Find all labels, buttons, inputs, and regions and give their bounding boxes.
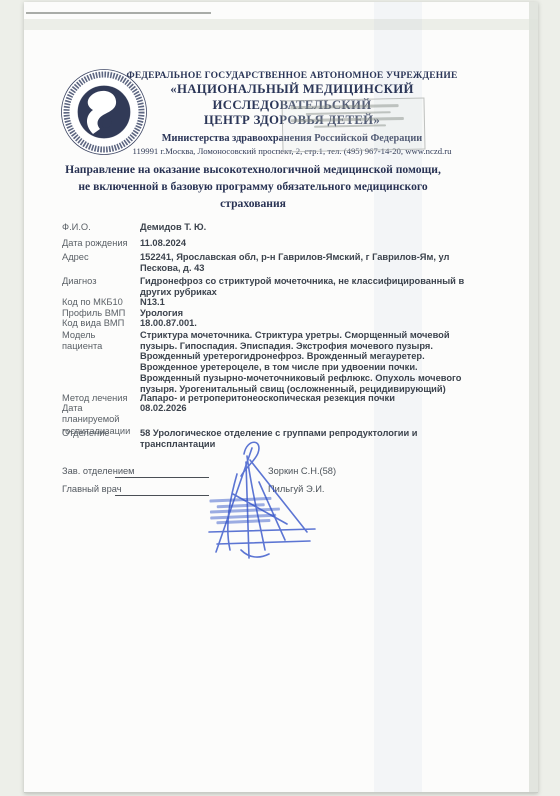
signature-role-chief-physician: Главный врач	[62, 484, 122, 494]
stamp-text-line	[291, 104, 399, 109]
field-label: Код по МКБ10	[62, 297, 140, 308]
field-label: Ф.И.О.	[62, 222, 140, 233]
field-row-birthdate: Дата рождения 11.08.2024	[62, 238, 517, 249]
field-label: Отделение	[62, 428, 140, 439]
field-row-diagnosis: Диагноз Гидронефроз со стриктурой мочето…	[62, 276, 517, 299]
field-label: Код вида ВМП	[62, 318, 140, 329]
field-value: N13.1	[140, 297, 472, 308]
field-row-vmp-code: Код вида ВМП 18.00.87.001.	[62, 318, 517, 329]
field-row-address: Адрес 152241, Ярославская обл, р-н Гаври…	[62, 252, 517, 275]
field-label: Модель пациента	[62, 330, 140, 353]
field-row-fio: Ф.И.О. Демидов Т. Ю.	[62, 222, 517, 233]
scan-edge-shading	[24, 19, 538, 30]
field-value: 18.00.87.001.	[140, 318, 472, 329]
registry-stamp	[281, 98, 425, 153]
org-type-line: ФЕДЕРАЛЬНОЕ ГОСУДАРСТВЕННОЕ АВТОНОМНОЕ У…	[102, 71, 482, 82]
field-value: Стриктура мочеточника. Стриктура уретры.…	[140, 330, 472, 394]
field-value: Демидов Т. Ю.	[140, 222, 472, 233]
field-value: 08.02.2026	[140, 403, 472, 414]
field-row-icd10: Код по МКБ10 N13.1	[62, 297, 517, 308]
document-title: Направление на оказание высокотехнологич…	[33, 161, 473, 212]
stamp-text-line	[306, 111, 391, 115]
field-row-patient-model: Модель пациента Стриктура мочеточника. С…	[62, 330, 517, 394]
field-label: Дата рождения	[62, 238, 140, 249]
document-title-line: Направление на оказание высокотехнологич…	[33, 161, 473, 178]
field-label: Адрес	[62, 252, 140, 263]
handwritten-signature	[189, 432, 324, 564]
document-title-line: страхования	[33, 195, 473, 212]
stamp-text-line	[291, 117, 404, 122]
screenshot-root: { "org": { "line1": "ФЕДЕРАЛЬНОЕ ГОСУДАР…	[0, 0, 560, 796]
field-label: Диагноз	[62, 276, 140, 287]
scan-edge-line	[26, 12, 211, 14]
stamp-text-line	[313, 124, 386, 128]
document-title-line: не включенной в базовую программу обязат…	[33, 178, 473, 195]
field-value: 152241, Ярославская обл, р-н Гаврилов-Ям…	[140, 252, 472, 275]
field-value: Гидронефроз со стриктурой мочеточника, н…	[140, 276, 472, 299]
scanned-document-page: ФЕДЕРАЛЬНОЕ ГОСУДАРСТВЕННОЕ АВТОНОМНОЕ У…	[24, 2, 538, 793]
signature-role-head-of-department: Зав. отделением	[62, 466, 135, 476]
field-value: 11.08.2024	[140, 238, 472, 249]
scan-right-shading	[529, 2, 538, 792]
